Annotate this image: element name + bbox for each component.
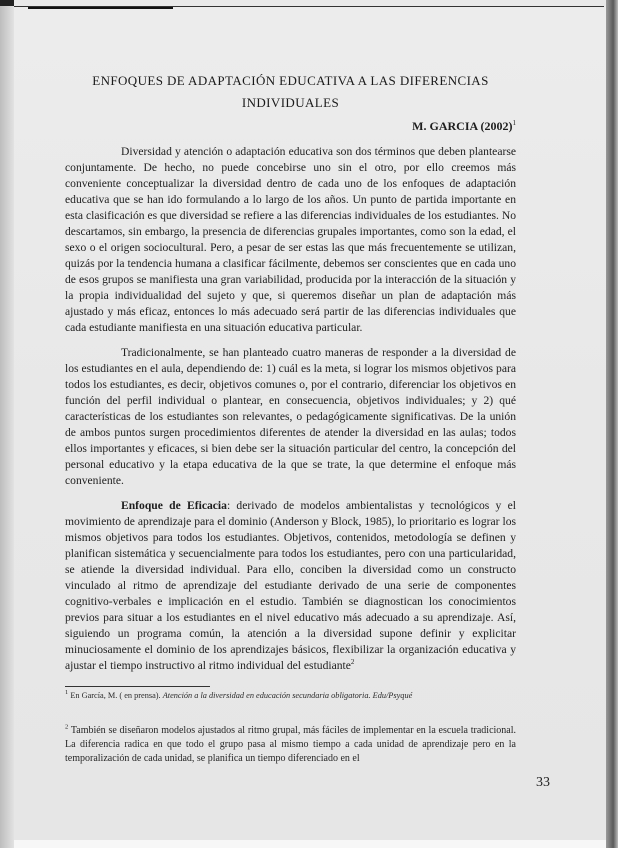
scan-corner-mark (0, 0, 14, 6)
author-footnote-mark: 1 (513, 119, 517, 127)
footnote-2: 2 También se diseñaron modelos ajustados… (65, 724, 516, 766)
enfoque-eficacia-heading: Enfoque de Eficacia (121, 499, 227, 512)
page-number: 33 (536, 775, 550, 791)
footnote-separator (65, 686, 210, 687)
author-name: M. GARCIA (2002) (412, 119, 512, 133)
scan-bottom-edge (14, 840, 606, 848)
title-line-1: ENFOQUES DE ADAPTACIÓN EDUCATIVA A LAS D… (92, 73, 488, 88)
footnote-1: 1 En García, M. ( en prensa). Atención a… (65, 690, 516, 702)
paragraph-enfoque-eficacia: Enfoque de Eficacia: derivado de modelos… (65, 498, 516, 674)
enfoque-eficacia-text: : derivado de modelos ambientalistas y t… (65, 499, 516, 672)
paragraph-tradicionalmente: Tradicionalmente, se han planteado cuatr… (65, 345, 516, 489)
scan-top-edge-line (14, 6, 604, 7)
document-title: ENFOQUES DE ADAPTACIÓN EDUCATIVA A LAS D… (65, 70, 516, 114)
scanned-page: ENFOQUES DE ADAPTACIÓN EDUCATIVA A LAS D… (0, 0, 618, 848)
author-line: M. GARCIA (2002)1 (65, 118, 516, 134)
paragraph-diversidad: Diversidad y atención o adaptación educa… (65, 144, 516, 336)
title-line-2: INDIVIDUALES (242, 95, 339, 110)
footnote-1-title: Atención a la diversidad en educación se… (163, 691, 413, 700)
footnote-1-text: En García, M. ( en prensa). (68, 691, 162, 700)
scan-top-dark-edge (28, 7, 173, 9)
footnote-2-mark: 2 (351, 658, 355, 666)
scan-right-shadow (606, 0, 618, 848)
scan-left-edge (0, 0, 14, 848)
page-content: ENFOQUES DE ADAPTACIÓN EDUCATIVA A LAS D… (65, 70, 516, 776)
footnote-2-text: También se diseñaron modelos ajustados a… (65, 725, 516, 764)
